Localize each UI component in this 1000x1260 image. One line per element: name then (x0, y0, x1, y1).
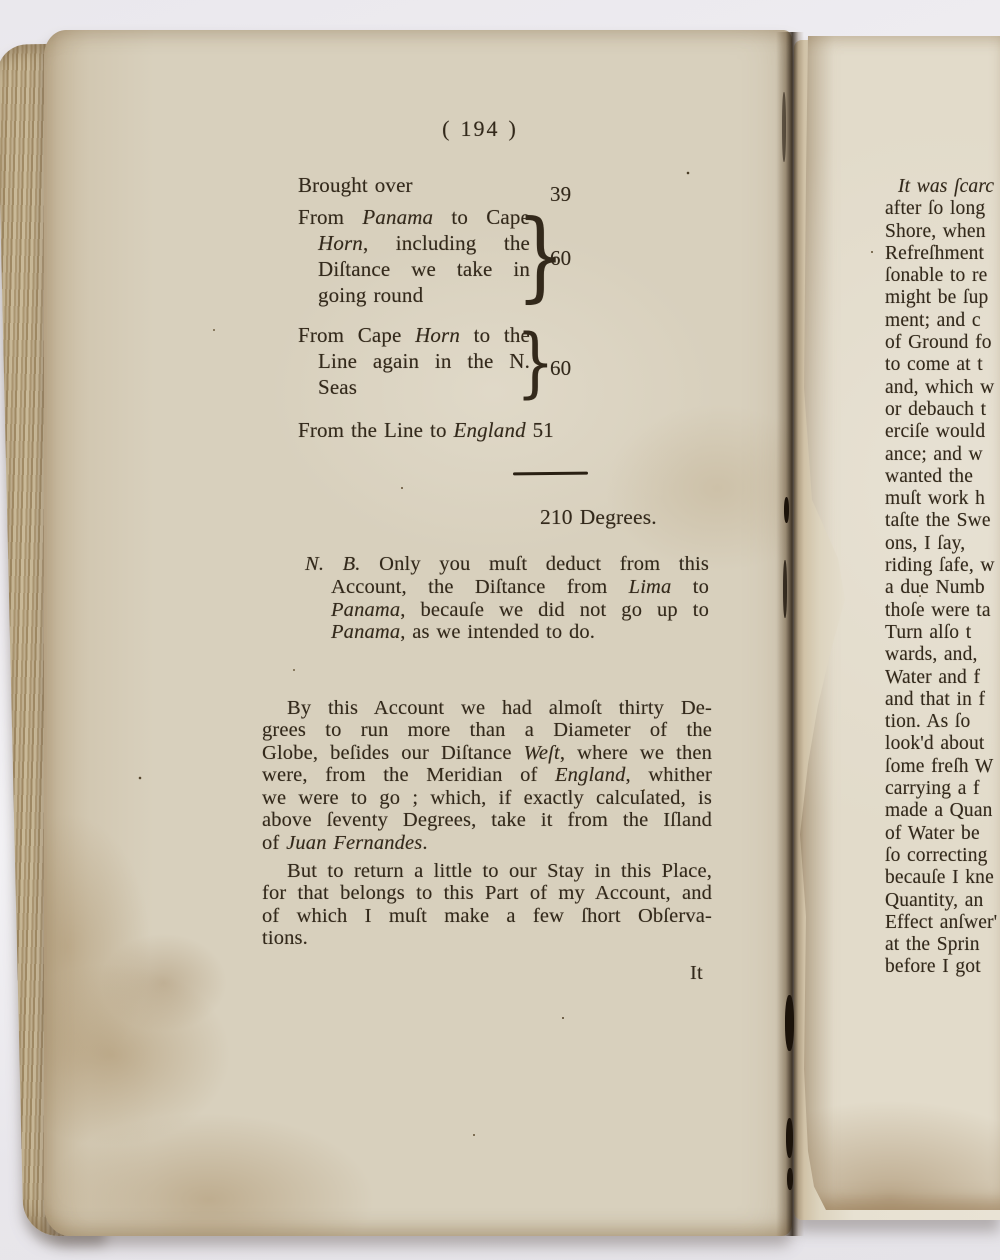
right-page-text-column: It was ſcarcafter ſo longShore, whenRefr… (885, 176, 1000, 979)
text-line: N. B. Only you muſt deduct from this (305, 553, 709, 576)
text-line: grees to run more than a Diameter of the (262, 719, 712, 741)
text-segment: , becauſe we did not go up to (400, 599, 709, 621)
text-line: and that in f (885, 689, 1000, 711)
text-segment: From the Line to (298, 418, 454, 442)
text-line: Account, the Diſtance from Lima to (331, 576, 709, 599)
text-segment: From Cape (298, 323, 415, 347)
account-row-panama-to-cape-horn: From Panama to CapeHorn, including theDi… (298, 204, 530, 308)
text-segment: of which I muſt make a few ſhort Obſerva… (262, 905, 712, 927)
text-line: ſonable to re (885, 265, 1000, 287)
account-row-cape-horn-to-line: From Cape Horn to theLine again in the N… (298, 322, 530, 400)
text-line: Horn, including the (318, 230, 530, 256)
text-segment: N. B. (305, 553, 361, 575)
text-segment: , where we then (560, 742, 712, 764)
text-line: taſte the Swe (885, 510, 1000, 532)
text-line: look'd about (885, 733, 1000, 755)
text-line: Refreſhment (885, 243, 1000, 265)
text-line: ſo correcting (885, 845, 1000, 867)
text-line: of Juan Fernandes. (262, 832, 712, 854)
text-line: From Panama to Cape (298, 204, 530, 230)
gutter-ink-blob (786, 1118, 793, 1158)
text-line: going round (318, 282, 530, 308)
book-gutter (776, 32, 804, 1236)
text-segment: But to return a little to our Stay in th… (287, 860, 712, 882)
text-line: ons, I ſay, (885, 533, 1000, 555)
text-line: erciſe would (885, 421, 1000, 443)
text-line: for that belongs to this Part of my Acco… (262, 882, 712, 904)
text-line: ſome freſh W (885, 756, 1000, 778)
account-label: From Panama to CapeHorn, including theDi… (298, 204, 530, 308)
text-line: we were to go ; which, if exactly calcul… (262, 787, 712, 809)
gutter-ink-blob (782, 92, 786, 162)
gutter-ink-blob (784, 497, 789, 523)
total-degrees: 210 Degrees. (540, 505, 657, 530)
text-segment: for that belongs to this Part of my Acco… (262, 882, 712, 904)
text-line: Effect anſwer' (885, 912, 1000, 934)
text-segment: were, from the Meridian of (262, 764, 555, 786)
text-segment: It was ſcarc (898, 176, 994, 197)
text-line: a due Numb (885, 577, 1000, 599)
text-line: of Ground fo (885, 332, 1000, 354)
text-line: Globe, beſides our Diſtance Weſt, where … (262, 742, 712, 764)
text-line: ment; and c (885, 310, 1000, 332)
text-line: muſt work h (885, 488, 1000, 510)
text-line: and, which w (885, 377, 1000, 399)
gutter-ink-blob (787, 1168, 793, 1190)
text-segment: Panama (331, 599, 400, 621)
text-line: thoſe were ta (885, 600, 1000, 622)
text-segment: , whither (626, 764, 712, 786)
text-segment: to (671, 576, 709, 598)
text-line: Diſtance we take in (318, 256, 530, 282)
text-line: ance; and w (885, 444, 1000, 466)
text-line: were, from the Meridian of England, whit… (262, 764, 712, 786)
text-segment: From (298, 205, 362, 229)
account-label: From Cape Horn to theLine again in the N… (298, 322, 530, 400)
account-row-brought-over: Brought over 39 (298, 172, 530, 198)
account-label: Brought over (298, 172, 530, 198)
text-segment: Only you muſt deduct from this (361, 553, 709, 575)
text-line: to come at t (885, 354, 1000, 376)
text-segment: . (422, 832, 427, 854)
text-segment: going round (318, 283, 423, 307)
text-line: It was ſcarc (885, 176, 1000, 198)
text-segment: Diſtance we take in (318, 257, 530, 281)
text-segment: we were to go ; which, if exactly calcul… (262, 787, 712, 809)
catchword: It (690, 962, 703, 985)
text-line: made a Quan (885, 800, 1000, 822)
text-segment: Weſt (524, 742, 560, 764)
text-line: of which I muſt make a few ſhort Obſerva… (262, 905, 712, 927)
text-line: wards, and, (885, 644, 1000, 666)
text-line: From Cape Horn to the (298, 322, 530, 348)
paragraph-but-to-return: But to return a little to our Stay in th… (262, 860, 712, 950)
text-segment: Panama (331, 621, 400, 643)
text-line: Panama, as we intended to do. (331, 621, 709, 644)
text-segment: 51 (526, 418, 554, 442)
text-segment: , as we intended to do. (400, 621, 595, 643)
text-line: after ſo long (885, 198, 1000, 220)
text-line: above ſeventy Degrees, take it from the … (262, 809, 712, 831)
text-segment: Juan Fernandes (286, 832, 422, 854)
text-segment: Globe, beſides our Diſtance (262, 742, 524, 764)
text-line: But to return a little to our Stay in th… (262, 860, 712, 882)
text-segment: Line again in the N. (318, 349, 530, 373)
text-line: Water and f (885, 667, 1000, 689)
text-segment: above ſeventy Degrees, take it from the … (262, 809, 712, 831)
text-segment: England (454, 418, 526, 442)
gutter-ink-blob (783, 560, 787, 618)
text-line: tions. (262, 927, 712, 949)
text-segment: Horn (415, 323, 460, 347)
paragraph-by-this-account: By this Account we had almoſt thirty De-… (262, 697, 712, 854)
text-segment: Panama (362, 205, 433, 229)
open-book-photo: ( 194 ) Brought over 39 From Panama to C… (0, 0, 1000, 1260)
nota-bene-note: N. B. Only you muſt deduct from thisAcco… (305, 553, 709, 644)
text-line: carrying a f (885, 778, 1000, 800)
text-segment: , including the (363, 231, 530, 255)
account-value: 60 (550, 356, 571, 381)
page-number: ( 194 ) (380, 116, 580, 142)
text-line: tion. As ſo (885, 711, 1000, 733)
text-segment: Horn (318, 231, 363, 255)
text-segment: By this Account we had almoſt thirty De- (287, 697, 712, 719)
text-line: Quantity, an (885, 890, 1000, 912)
text-segment: Lima (629, 576, 672, 598)
text-line: Panama, becauſe we did not go up to (331, 599, 709, 622)
text-line: Seas (318, 374, 530, 400)
text-line: Brought over (298, 172, 530, 198)
text-line: By this Account we had almoſt thirty De- (262, 697, 712, 719)
text-segment: of (262, 832, 286, 854)
gutter-ink-blob (785, 995, 794, 1051)
text-line: From the Line to England 51 (298, 417, 608, 443)
text-line: Line again in the N. (318, 348, 530, 374)
text-line: Turn alſo t (885, 622, 1000, 644)
brace-glyph: } (516, 327, 555, 397)
text-segment: England (555, 764, 626, 786)
text-line: Shore, when (885, 221, 1000, 243)
text-line: at the Sprin (885, 934, 1000, 956)
text-line: before I got (885, 956, 1000, 978)
text-line: might be ſup (885, 287, 1000, 309)
account-row-line-to-england: From the Line to England 51 (298, 417, 608, 443)
text-line: becauſe I kne (885, 867, 1000, 889)
text-segment: Brought over (298, 173, 413, 197)
text-segment: Account, the Diſtance from (331, 576, 629, 598)
text-segment: Seas (318, 375, 357, 399)
text-segment: tions. (262, 927, 308, 949)
text-line: of Water be (885, 823, 1000, 845)
text-segment: grees to run more than a Diameter of the (262, 719, 712, 741)
text-line: wanted the (885, 466, 1000, 488)
account-value: 60 (550, 246, 571, 271)
text-line: riding ſafe, w (885, 555, 1000, 577)
account-label: From the Line to England 51 (298, 417, 608, 443)
text-line: or debauch t (885, 399, 1000, 421)
